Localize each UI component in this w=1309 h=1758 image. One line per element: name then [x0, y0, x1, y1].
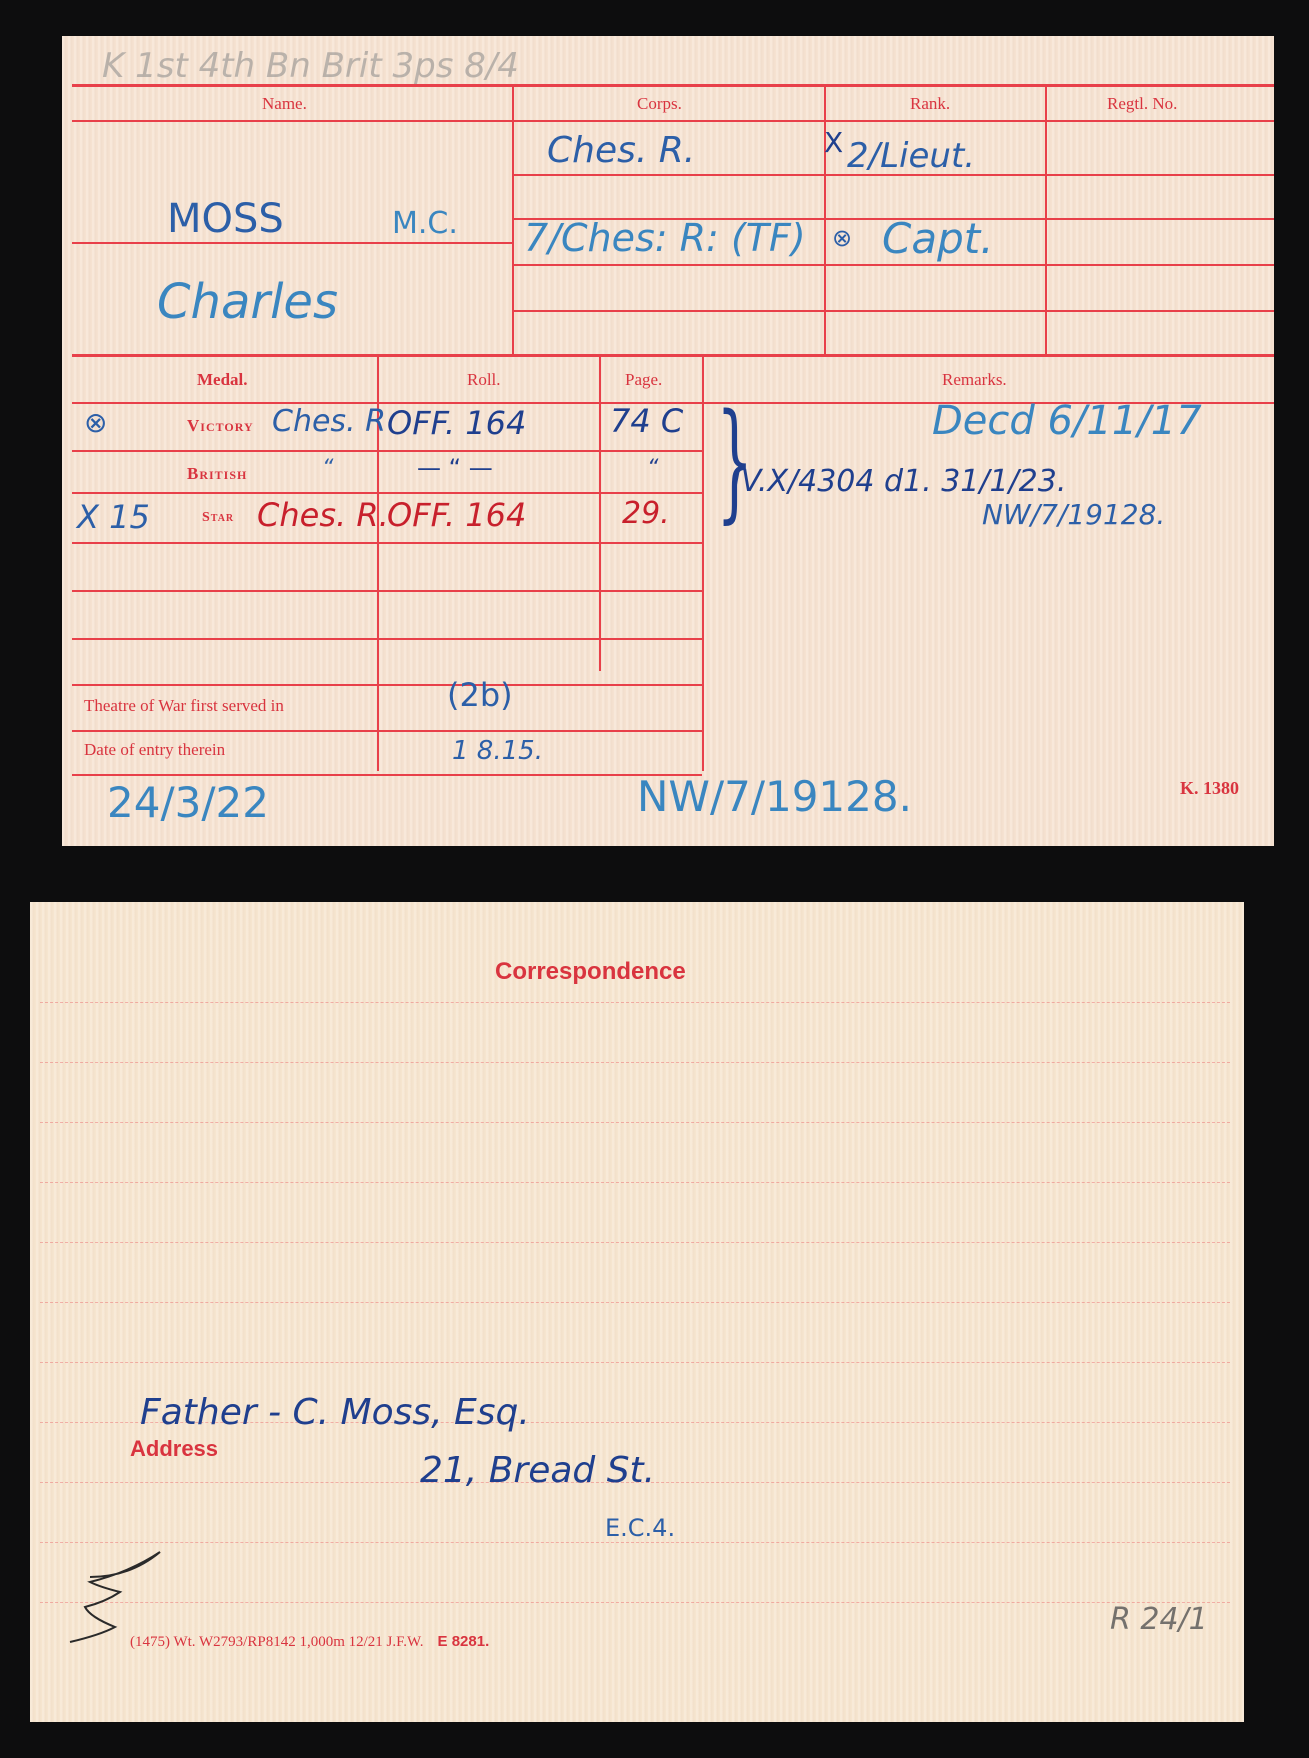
pencil-note: K 1st 4th Bn Brit 3ps 8/4 — [102, 46, 519, 86]
pencil-initials: R 24/1 — [1110, 1602, 1208, 1637]
medal-index-card-front: K 1st 4th Bn Brit 3ps 8/4 Name. Corps. R… — [62, 36, 1274, 846]
medal-unit-star: Ches. R. — [257, 496, 389, 534]
faint-rule — [40, 1062, 1230, 1064]
rule — [72, 492, 702, 494]
medal-marker-star: X 15 — [77, 498, 150, 536]
rule — [72, 450, 702, 452]
rule — [72, 354, 1274, 357]
rank-2: Capt. — [882, 214, 994, 263]
honours: M.C. — [392, 206, 458, 241]
form-number: K. 1380 — [1180, 778, 1239, 799]
divider — [702, 356, 704, 771]
medal-unit-victory: Ches. R — [272, 404, 386, 439]
faint-rule — [40, 1302, 1230, 1304]
header-remarks: Remarks. — [942, 370, 1007, 390]
address-label: Address — [130, 1436, 218, 1462]
medal-index-card-back: Correspondence Address Father - C. Moss,… — [30, 902, 1244, 1722]
faint-rule — [40, 1122, 1230, 1124]
brace-mark: } — [716, 398, 753, 526]
rank-marker-2: ⊗ — [832, 224, 852, 252]
rule — [72, 542, 702, 544]
header-page: Page. — [625, 370, 662, 390]
faint-rule — [40, 1182, 1230, 1184]
corps-2: 7/Ches: R: (TF) — [524, 216, 806, 260]
medal-british: British — [187, 464, 247, 484]
entry-date-label: Date of entry therein — [84, 740, 225, 760]
rank-marker-1: X — [824, 126, 843, 159]
rule — [72, 774, 702, 776]
roll-victory: OFF. 164 — [387, 404, 526, 442]
rank-1: 2/Lieut. — [847, 136, 975, 176]
imprint-code: E 8281. — [438, 1633, 490, 1650]
theatre-value: (2b) — [447, 676, 513, 714]
medal-unit-british: “ — [322, 456, 333, 481]
page-star: 29. — [622, 496, 670, 531]
header-roll: Roll. — [467, 370, 501, 390]
header-rank: Rank. — [910, 94, 950, 114]
page-british: “ — [647, 456, 658, 481]
printer-imprint: (1475) Wt. W2793/RP8142 1,000m 12/21 J.F… — [130, 1633, 489, 1651]
remark-reference: IV.X/4304 d1. 31/1/23. — [732, 464, 1066, 499]
rule — [514, 310, 1274, 312]
correspondence-heading: Correspondence — [495, 958, 686, 986]
medal-star: Star — [202, 510, 234, 526]
page-victory: 74 C — [610, 402, 683, 440]
header-name: Name. — [262, 94, 307, 114]
rule — [72, 84, 1274, 87]
corps-1: Ches. R. — [547, 130, 695, 171]
rule — [72, 684, 702, 686]
remark-deceased: Decd 6/11/17 — [932, 398, 1202, 444]
rule — [72, 730, 702, 732]
faint-rule — [40, 1362, 1230, 1364]
entry-date-value: 1 8.15. — [452, 736, 543, 766]
rule — [72, 242, 512, 244]
surname: MOSS — [167, 196, 284, 242]
faint-rule — [40, 1542, 1230, 1544]
remark-reference-2: NW/7/19128. — [982, 498, 1165, 531]
faint-rule — [40, 1242, 1230, 1244]
medal-marker-victory: ⊗ — [84, 406, 107, 439]
address-line-1: Father - C. Moss, Esq. — [140, 1392, 530, 1433]
rule — [72, 590, 702, 592]
rule — [514, 264, 1274, 266]
faint-rule — [40, 1602, 1230, 1604]
bottom-reference: NW/7/19128. — [637, 772, 912, 821]
roll-star: OFF. 164 — [387, 496, 526, 534]
address-line-3: E.C.4. — [605, 1514, 675, 1542]
faint-rule — [40, 1002, 1230, 1004]
theatre-label: Theatre of War first served in — [84, 696, 284, 716]
header-medal: Medal. — [197, 370, 248, 390]
header-regtl-no: Regtl. No. — [1107, 94, 1177, 114]
bottom-date: 24/3/22 — [107, 778, 269, 827]
medal-victory: Victory — [187, 416, 254, 436]
imprint-text: (1475) Wt. W2793/RP8142 1,000m 12/21 J.F… — [130, 1634, 424, 1650]
address-line-2: 21, Bread St. — [420, 1450, 655, 1491]
rule — [514, 120, 1274, 122]
header-corps: Corps. — [637, 94, 682, 114]
rule — [72, 638, 702, 640]
rule — [72, 120, 512, 122]
forename: Charles — [157, 274, 338, 330]
roll-british: — “ — — [417, 454, 493, 482]
